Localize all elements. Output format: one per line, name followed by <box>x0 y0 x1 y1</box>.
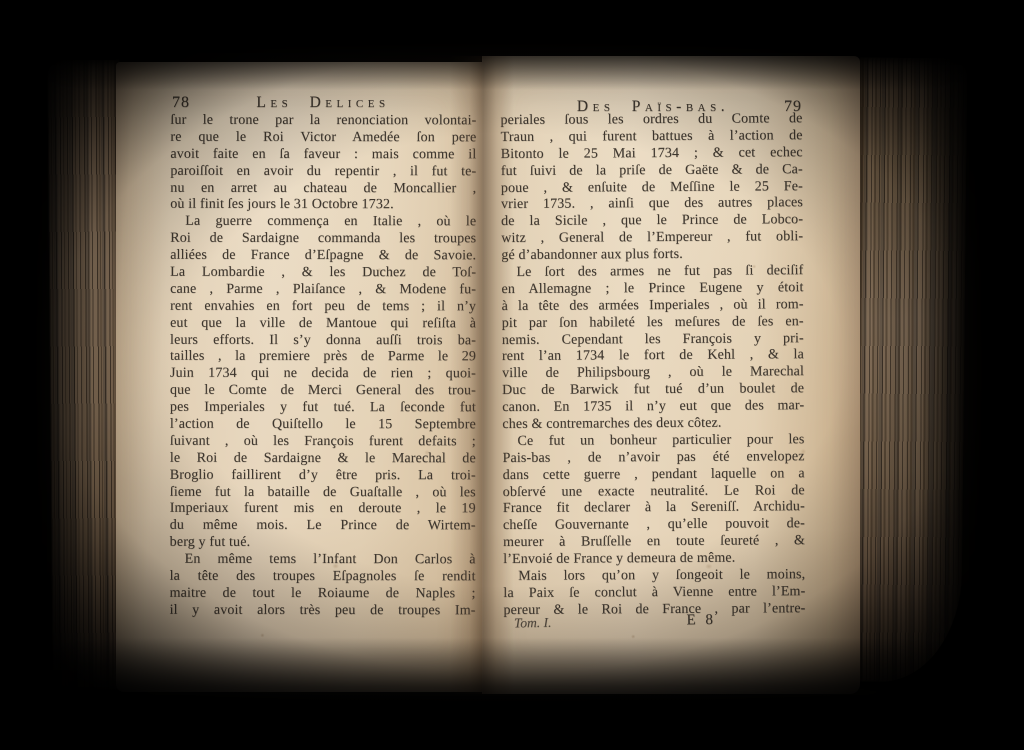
text-line: Imperiaux furent mis en deroute , le 19 <box>170 501 476 518</box>
text-line: ches & contremarches des deux côtez. <box>502 415 804 434</box>
text-line: le Roi de Sardaigne & le Marechal de <box>170 451 476 468</box>
text-line: Roi de Sardaigne commanda les troupes <box>170 231 476 248</box>
left-page-edges <box>47 60 124 691</box>
text-line: canon. En 1735 il n’y eut que des mar- <box>502 398 804 417</box>
book-photograph: 78 Les Delices ſur le trone par la renon… <box>0 0 1024 750</box>
text-line: obſervé une exacte neutralité. Le Roi de <box>503 483 805 502</box>
text-line: avoit faite en ſa faveur : mais comme il <box>170 147 476 164</box>
text-line: leurs efforts. Il s’y donna auſſi trois … <box>170 332 476 349</box>
text-line: En même tems l’Infant Don Carlos à <box>170 552 476 569</box>
text-line: ſuivant , où les François furent defaits… <box>170 434 476 451</box>
text-line: la Paix ſe conclut à Vienne entre l’Em- <box>503 584 805 603</box>
text-line: l’Envoié de France y demeura de même. <box>503 550 805 569</box>
left-page-text: ſur le trone par la renonciation volonta… <box>170 113 477 620</box>
text-line: l’action de Quiſtello le 15 Septembre <box>170 417 476 434</box>
text-line: periales ſous les ordres du Comte de <box>500 111 802 130</box>
text-line: rent l’an 1734 le fort de Kehl , & la <box>502 348 804 367</box>
left-page-header: 78 Les Delices <box>170 94 476 114</box>
text-line: Le ſort des armes ne fut pas ſi deciſif <box>501 263 803 282</box>
text-line: pit par ſon habileté les meſures de ſes … <box>502 314 804 333</box>
text-line: Traun , qui furent battues à l’action de <box>501 128 803 147</box>
text-line: La guerre commença en Italie , où le <box>170 214 476 231</box>
text-line: cane , Parme , Plaiſance , & Modene fu- <box>170 282 476 299</box>
text-line: ville de Philipsbourg , où le Marechal <box>502 365 804 384</box>
text-line: meurer à Bruſſelle en toute ſeureté , & <box>503 533 805 552</box>
text-line: berg y fut tué. <box>170 535 476 552</box>
gathering-signature: E 8 <box>686 612 716 630</box>
text-line: tailles , la premiere près de Parme le 2… <box>170 349 476 366</box>
right-page: Des Païs-bas. 79 periales ſous les ordre… <box>482 56 860 694</box>
text-line: cheſſe Gouvernante , qu’elle pouvoit de- <box>503 517 805 536</box>
right-page-text: periales ſous les ordres du Comte deTrau… <box>500 111 805 620</box>
text-line: Broglio faillirent d’y être pris. La tro… <box>170 467 476 484</box>
text-line: nu en arret au chateau de Moncallier , <box>170 180 476 197</box>
text-line: Ce fut un bonheur particulier pour les <box>502 432 804 451</box>
text-line: ſur le trone par la renonciation volonta… <box>170 113 476 130</box>
text-line: en Allemagne ; le Prince Eugene y étoit <box>501 280 803 299</box>
text-line: paroiſſoit en avoir du repentir , il fut… <box>170 163 476 180</box>
text-line: maitre de tout le Roiaume de Naples ; <box>170 586 476 603</box>
text-line: où il finit ſes jours le 31 Octobre 1732… <box>170 197 476 214</box>
left-running-title: Les Delices <box>170 94 476 112</box>
text-line: ſieme fut la bataille de Guaſtalle , où … <box>170 484 476 501</box>
text-line: eut que la ville de Mantoue qui reſiſta … <box>170 315 476 332</box>
text-line: re que le Roi Victor Amedée ſon pere <box>170 130 476 147</box>
text-line: rent envahies en fort peu de tems ; il n… <box>170 299 476 316</box>
text-line: France fit declarer à la Sereniſſ. Archi… <box>503 500 805 519</box>
text-line: Pais-bas , de n’avoir pas été envelopez <box>503 449 805 468</box>
text-line: dans cette guerre , pendant laquelle on … <box>503 466 805 485</box>
text-line: La Lombardie , & les Duchez de Toſ- <box>170 265 476 282</box>
text-line: que le Comte de Merci General des trou- <box>170 383 476 400</box>
text-line: poue , & enſuite de Meſſine le 25 Fe- <box>501 179 803 198</box>
text-line: vrier 1735. , ainſi que des autres place… <box>501 196 803 215</box>
text-line: Juin 1734 qui ne decida de rien ; quoi- <box>170 366 476 383</box>
text-line: witz , General de l’Empereur , fut obli- <box>501 229 803 248</box>
text-line: pes Imperiales y fut tué. La ſeconde fut <box>170 400 476 417</box>
text-line: il y avoit alors très peu de troupes Im- <box>170 603 476 620</box>
text-line: à la tête des armées Imperiales , où il … <box>502 297 804 316</box>
volume-signature: Tom. I. <box>514 615 552 633</box>
text-line: la tête des troupes Eſpagnoles ſe rendit <box>170 569 476 586</box>
text-line: gé d’abandonner aux plus forts. <box>501 246 803 265</box>
text-line: du même mois. Le Prince de Wirtem- <box>170 518 476 535</box>
text-line: Bitonto le 25 Mai 1734 ; & cet echec <box>501 145 803 164</box>
text-line: Duc de Barwick fut tué d’un boulet de <box>502 381 804 400</box>
text-line: fut ſuivi de la priſe de Gaëte & de Ca- <box>501 162 803 181</box>
text-line: alliées de France d’Eſpagne & de Savoie. <box>170 248 476 265</box>
left-page-number: 78 <box>172 94 190 112</box>
text-line: nemis. Cependant les François y pri- <box>502 331 804 350</box>
left-page: 78 Les Delices ſur le trone par la renon… <box>116 62 482 692</box>
text-line: Mais lors qu’on y ſongeoit le moins, <box>503 567 805 586</box>
right-page-edges <box>853 57 968 682</box>
text-line: de la Sicile , que le Prince de Lobco- <box>501 213 803 232</box>
